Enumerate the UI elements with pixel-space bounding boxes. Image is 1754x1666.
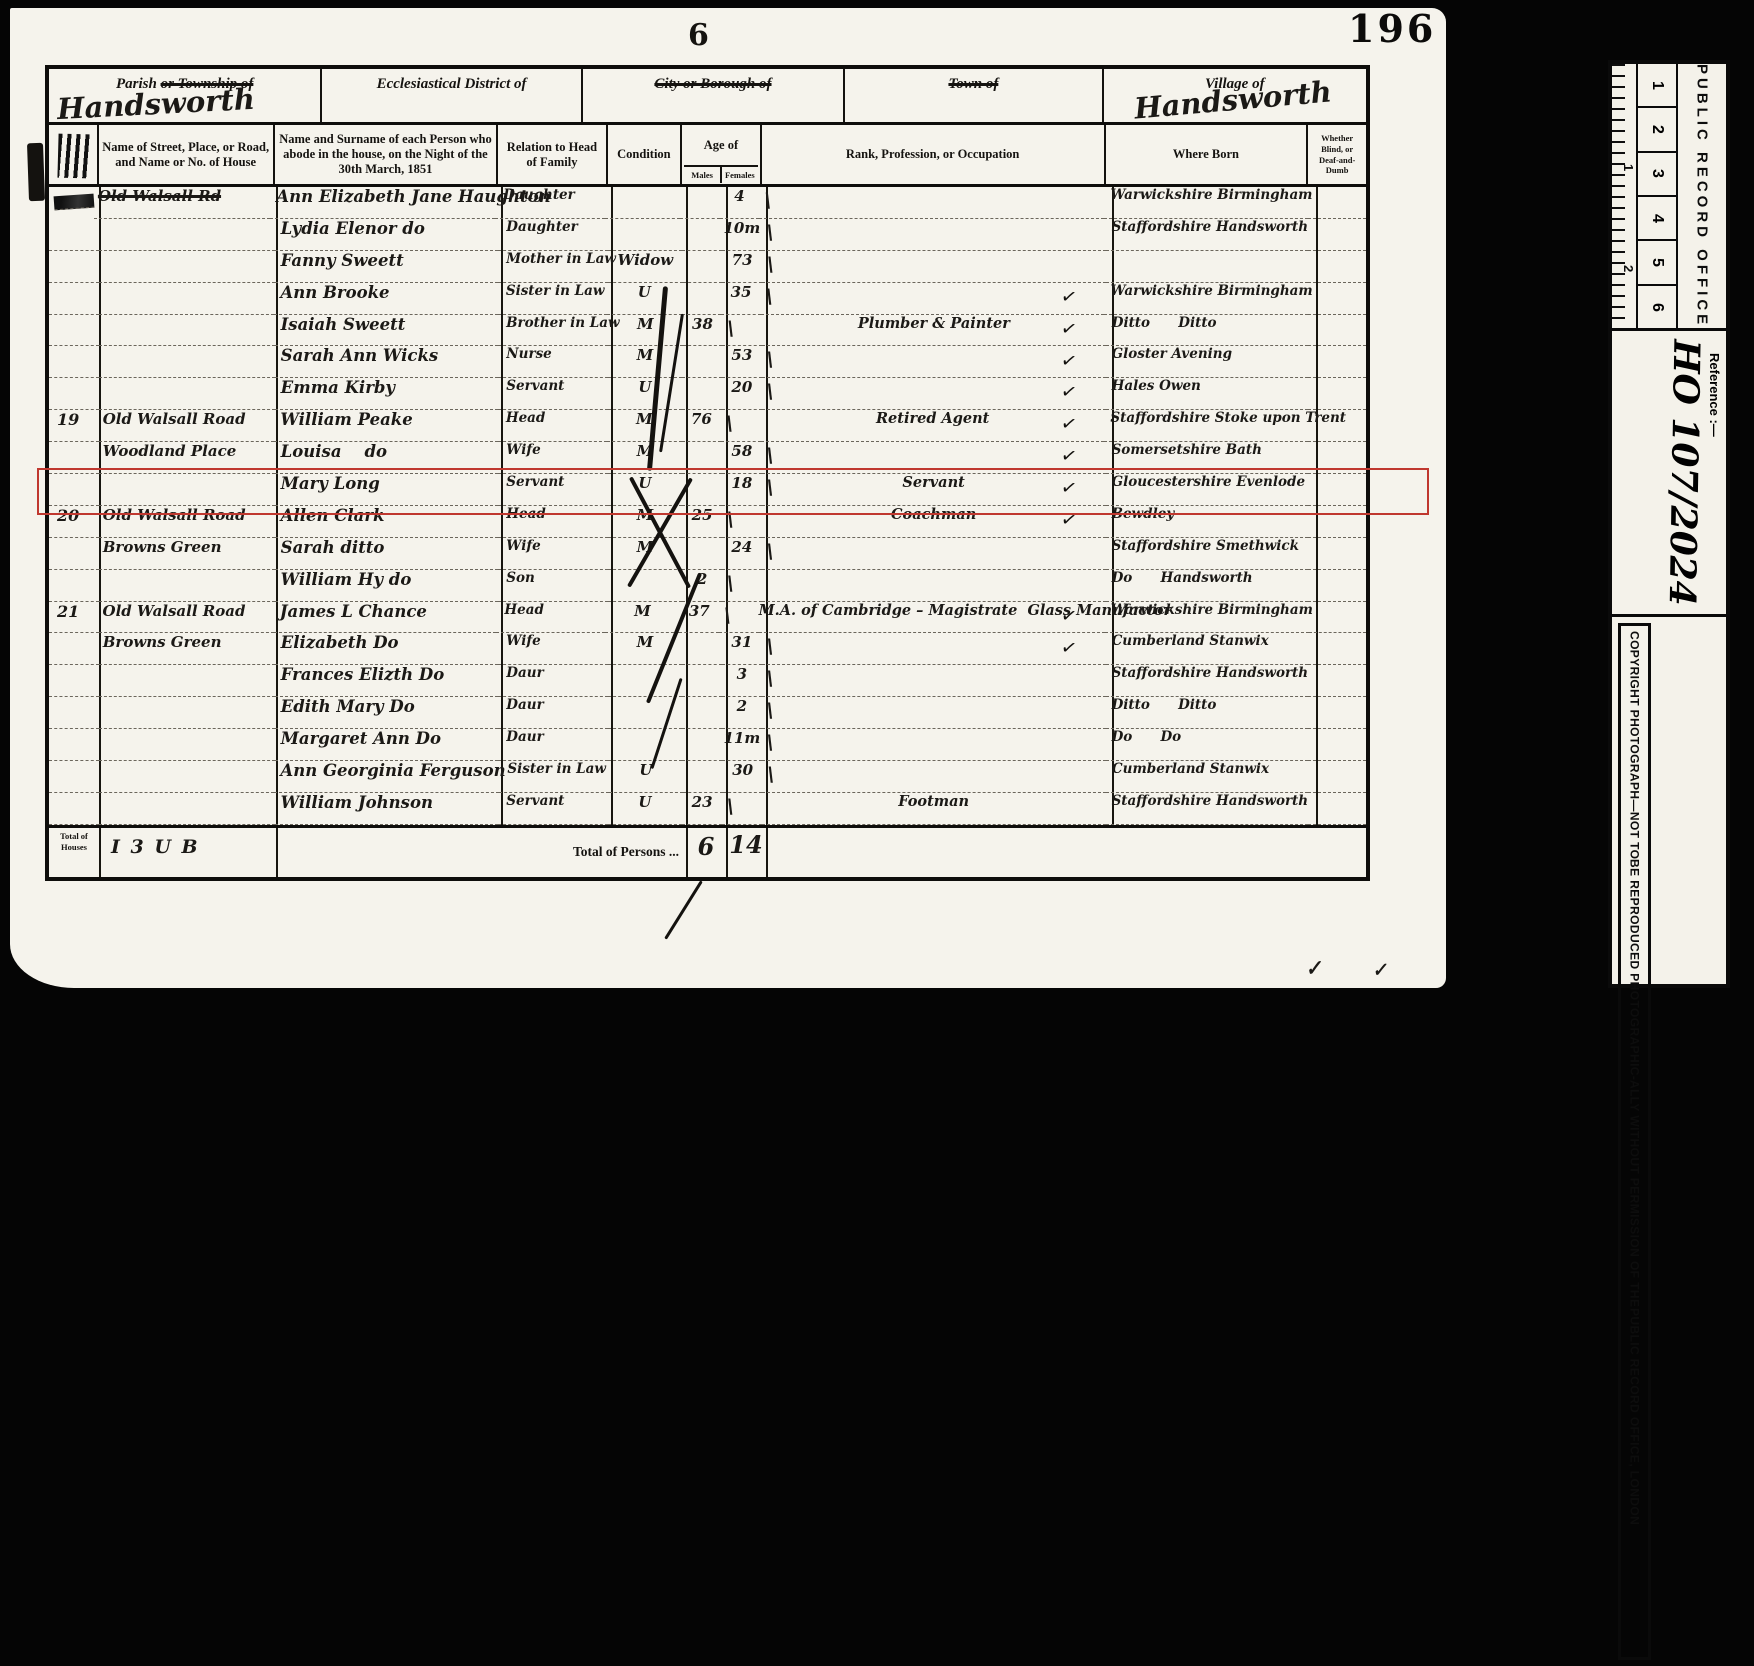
cell-sch: 19 [49,410,99,442]
town-label: Town of [948,76,998,92]
table-row: 21Old Walsall RoadJames L ChanceHeadM37M… [49,602,1366,634]
copyright-line: BE REPRODUCED PHOTOGRAPHIC- [1625,859,1644,1037]
cell-born: Staffordshire Handsworth [1106,219,1309,251]
cell-addr: Browns Green [99,633,275,665]
pen-checkmark: ✓ [1371,959,1388,981]
schedule-column-header [49,125,99,184]
copyright-box: COPYRIGHT PHOTOGRAPH—NOT TOBE REPRODUCED… [1618,623,1651,1037]
cell-rel: Sister in Law [499,761,608,793]
cell-addr [99,729,275,761]
cell-inf [1308,315,1366,347]
table-row: Old Walsall RdAnn Elizabeth Jane Haughto… [49,187,1366,219]
cell-rel: Son [498,570,607,602]
table-row: Ann BrookeSister in LawU35Warwickshire B… [49,283,1366,315]
ruler-section: 1 2 123456 PUBLIC RECORD OFFICE [1612,64,1726,331]
cell-occ [762,538,1106,570]
cell-addr [99,378,275,410]
cell-addr: Old Walsall Rd [94,187,270,219]
record-highlight-box [37,468,1429,515]
cell-born: Cumberland Stanwix [1106,633,1309,665]
cell-sch [49,793,99,825]
cell-inf [1308,570,1366,602]
table-row: Frances Elizth DoDaur3Staffordshire Hand… [49,665,1366,697]
frame-number: 5 [1638,241,1676,285]
cell-rel: Daughter [498,219,607,251]
cell-cond [608,570,683,602]
cell-agef: 2 [722,697,762,729]
total-persons-females: 14 [726,830,766,859]
cell-agem [682,665,722,697]
cell-born: Warwickshire Birmingham [1104,187,1308,219]
cell-rel: Head [498,410,607,442]
cell-agef: 4 [720,187,760,219]
column-rule [276,828,278,877]
cell-name: William Peake [274,410,497,442]
column-rule [766,828,768,877]
frame-number: 3 [1638,153,1676,197]
cell-agef: 3 [722,665,762,697]
cell-cond: Widow [608,251,683,283]
cell-cond: U [609,761,683,793]
cell-addr [99,793,275,825]
cell-sch [49,315,99,347]
name-column-header: Name and Surname of each Person who abod… [275,125,499,184]
pen-stroke [664,880,703,939]
cell-born: Ditto Ditto [1106,315,1309,347]
cell-sch [49,538,99,570]
frame-number: 6 [1638,286,1676,328]
cell-name: Isaiah Sweett [275,315,499,347]
cell-inf [1309,602,1366,634]
total-persons-males: 6 [686,832,726,861]
cell-agem [680,187,720,219]
ink-smudge [27,143,45,202]
relation-column-header: Relation to Head of Family [498,125,607,184]
frame-number-scale: 123456 [1638,64,1678,328]
copyright-line: COPYRIGHT PHOTOGRAPH—NOT TO [1625,631,1644,859]
public-record-office-label: PUBLIC RECORD OFFICE [1694,64,1711,328]
table-row: Ann Georginia FergusonSister in LawU30Cu… [49,761,1366,793]
cell-agem: 76 [682,410,722,442]
cell-agef: 73 [722,251,762,283]
table-row: William Hy doSon2Do Handsworth [49,570,1366,602]
census-scan-page: 6 196 Parish or Township of Handsworth E… [10,8,1446,988]
cell-born: Do Handsworth [1106,570,1309,602]
cell-inf [1308,697,1366,729]
total-houses-value: I 3 U B [111,836,200,858]
column-header-band: Name of Street, Place, or Road, and Name… [49,125,1366,187]
cell-rel: Wife [498,538,607,570]
cell-name: Ann Brooke [274,283,497,315]
parish-header-cell: Parish or Township of Handsworth [49,69,322,122]
cell-addr: Browns Green [99,538,275,570]
cell-occ [762,729,1106,761]
cell-addr [99,346,275,378]
reference-section: Reference :— HO 107/2024 [1612,331,1726,616]
cell-sch [49,729,99,761]
leaf-number: 6 [688,18,709,53]
ecclesiastical-label: Ecclesiastical District of [377,76,527,92]
cell-occ: M.A. of Cambridge – Magistrate Glass Man… [759,602,1105,634]
ecclesiastical-header-cell: Ecclesiastical District of [322,69,582,122]
ruler-inch-label: 1 [1621,164,1636,171]
copyright-section: COPYRIGHT PHOTOGRAPH—NOT TOBE REPRODUCED… [1612,617,1726,1037]
reference-value: HO 107/2024 [1614,338,1708,606]
cell-cond: M [607,410,681,442]
cell-name: Emma Kirby [275,378,499,410]
ruler-inch-label: 2 [1621,265,1636,272]
cell-sch [49,378,99,410]
whereborn-column-header: Where Born [1106,125,1309,184]
cell-rel: Sister in Law [498,283,607,315]
cell-inf [1308,187,1366,219]
age-label: Age of [684,126,758,165]
age-subheaders: Males Females [684,165,758,183]
city-header-cell: City or Borough of [583,69,845,122]
cell-sch [49,697,99,729]
table-row: Sarah Ann WicksNurseM53Gloster Avening [49,346,1366,378]
village-header-cell: Village of Handsworth [1104,69,1366,122]
cell-addr [99,315,275,347]
cell-inf [1308,538,1366,570]
cell-born: Staffordshire Handsworth [1106,665,1309,697]
cell-name: Ann Elizabeth Jane Haughton [270,187,495,219]
cell-addr [99,251,275,283]
condition-column-header: Condition [608,125,683,184]
village-value: Handsworth [1133,74,1333,125]
cell-agem [682,346,722,378]
cell-born: Ditto Ditto [1106,697,1309,729]
total-houses-label: Total of Houses [49,831,99,853]
cell-inf [1308,346,1366,378]
ink-smudge [57,134,89,179]
cell-sch [49,761,99,793]
cell-occ [762,633,1106,665]
cell-agem [682,729,722,761]
cell-inf [1308,283,1366,315]
cell-rel: Nurse [498,346,607,378]
total-persons-label: Total of Persons ... [469,844,679,860]
cell-cond: M [605,602,679,634]
age-females-label: Females [722,167,758,183]
cell-occ [759,187,1104,219]
cell-cond [608,219,683,251]
reference-label: Reference :— [1707,339,1722,605]
cell-addr [99,283,275,315]
cell-inf [1308,410,1366,442]
table-row: Edith Mary DoDaur2Ditto Ditto [49,697,1366,729]
table-row: Lydia Elenor doDaughter10mStaffordshire … [49,219,1366,251]
cell-sch [49,570,99,602]
cell-cond [608,729,683,761]
cell-sch [49,665,99,697]
cell-inf [1308,378,1366,410]
cell-addr [99,665,275,697]
cell-born: Staffordshire Smethwick [1106,538,1309,570]
cell-agem [682,633,722,665]
cell-sch [49,283,99,315]
pen-checkmark: ✓ [1303,955,1323,981]
cell-addr: Old Walsall Road [99,602,274,634]
cell-occ [762,219,1106,251]
cell-cond: U [607,283,681,315]
frame-number: 1 [1638,64,1676,108]
cell-addr [99,570,275,602]
ruler-ticks: 1 2 [1612,64,1638,328]
cell-name: Sarah Ann Wicks [275,346,499,378]
cell-name: Sarah ditto [275,538,499,570]
cell-name: William Hy do [275,570,499,602]
cell-inf [1308,665,1366,697]
frame-number: 4 [1638,197,1676,241]
table-row: Emma KirbyServantU20Hales Owen [49,378,1366,410]
cell-agem: 23 [682,793,722,825]
cell-rel: Mother in Law [498,251,608,283]
cell-born [1106,251,1309,283]
cell-name: Edith Mary Do [275,697,499,729]
cell-rel: Wife [498,633,607,665]
form-header-band: Parish or Township of Handsworth Ecclesi… [49,69,1366,125]
cell-occ: Plumber & Painter [762,315,1106,347]
cell-addr: Old Walsall Road [99,410,275,442]
cell-rel: Daur [498,697,607,729]
cell-occ [762,697,1106,729]
cell-born: Warwickshire Birmingham [1104,283,1308,315]
cell-agem [682,219,722,251]
cell-inf [1308,251,1366,283]
infirmity-column-header: Whether Blind, or Deaf-and-Dumb [1308,125,1366,184]
cell-sch [49,346,99,378]
cell-name: James L Chance [274,602,497,634]
cell-cond [608,665,683,697]
parish-value: Handsworth [56,82,255,126]
cell-agef [721,410,761,442]
cell-born: Gloster Avening [1106,346,1309,378]
cell-born: Staffordshire Handsworth [1106,793,1309,825]
cell-inf [1308,761,1366,793]
cell-addr [99,219,275,251]
cell-occ: Retired Agent [761,410,1104,442]
cell-cond: U [608,793,683,825]
cell-agem [683,761,723,793]
table-row: Browns GreenSarah dittoWifeM24Staffordsh… [49,538,1366,570]
town-header-cell: Town of [845,69,1103,122]
occupation-column-header: Rank, Profession, or Occupation [762,125,1106,184]
cell-sch [54,194,95,211]
cell-sch: 21 [49,602,99,634]
cell-rel: Daur [498,665,607,697]
cell-born: Staffordshire Stoke upon Trent [1104,410,1308,442]
cell-agem: 38 [683,315,723,347]
cell-born: Hales Owen [1106,378,1309,410]
cell-agef: 11m [722,729,762,761]
cell-agef [722,570,762,602]
age-males-label: Males [684,167,722,183]
cell-agef [719,602,759,634]
cell-rel: Servant [498,793,607,825]
cell-occ [762,761,1105,793]
table-row: William JohnsonServantU23FootmanStafford… [49,793,1366,825]
cell-name: Margaret Ann Do [275,729,499,761]
cell-occ: Footman [762,793,1106,825]
cell-agef: 31 [722,633,762,665]
cell-rel: Head [496,602,605,634]
cell-agef: 35 [721,283,761,315]
table-row: Fanny SweettMother in LawWidow73 [49,251,1366,283]
cell-agef: 24 [722,538,762,570]
cell-occ [762,570,1106,602]
cell-agef: 20 [722,378,762,410]
column-rule [99,828,101,877]
cell-name: Ann Georginia Ferguson [274,761,499,793]
cell-occ [761,283,1104,315]
cell-born: Cumberland Stanwix [1106,761,1309,793]
cell-rel: Brother in Law [498,315,608,347]
cell-sch [49,633,99,665]
office-column: PUBLIC RECORD OFFICE [1678,64,1726,328]
cell-name: Elizabeth Do [275,633,499,665]
cell-name: Lydia Elenor do [275,219,499,251]
cell-agem [682,283,722,315]
address-column-header: Name of Street, Place, or Road, and Name… [99,125,275,184]
cell-addr [99,697,275,729]
table-row: Isaiah SweettBrother in LawM38Plumber & … [49,315,1366,347]
pro-film-strip-label: 1 2 123456 PUBLIC RECORD OFFICE Referenc… [1608,60,1730,988]
cell-agem [682,538,722,570]
cell-rel: Daughter [495,187,605,219]
table-row: Margaret Ann DoDaur11mDo Do [49,729,1366,761]
cell-occ [762,378,1106,410]
folio-number: 196 [1348,6,1436,51]
cell-addr [99,761,275,793]
cell-born: Warwickshire Birmingham [1105,602,1309,634]
cell-inf [1308,633,1366,665]
cell-sch [49,251,99,283]
cell-occ [762,665,1106,697]
cell-agef: 53 [722,346,762,378]
table-row: 19Old Walsall RoadWilliam PeakeHeadM76Re… [49,410,1366,442]
cell-occ [762,251,1106,283]
cell-occ [762,346,1106,378]
cell-sch [49,219,99,251]
cell-inf [1308,219,1366,251]
city-label: City or Borough of [654,76,771,92]
cell-inf [1308,729,1366,761]
cell-rel: Daur [498,729,607,761]
cell-agem [682,378,722,410]
cell-name: Frances Elizth Do [275,665,499,697]
cell-name: Fanny Sweett [275,251,499,283]
frame-number: 2 [1638,108,1676,152]
cell-agef [722,315,762,347]
cell-agem [682,697,722,729]
cell-cond: M [608,315,683,347]
age-column-header: Age of Males Females [682,125,762,184]
cell-name: William Johnson [275,793,499,825]
cell-agef: 30 [723,761,763,793]
totals-band: Total of Houses I 3 U B Total of Persons… [49,825,1366,877]
cell-agem [683,251,723,283]
table-row: Browns GreenElizabeth DoWifeM31Cumberlan… [49,633,1366,665]
cell-agef [722,793,762,825]
cell-inf [1308,793,1366,825]
cell-cond [605,187,680,219]
cell-agef: 10m [722,219,762,251]
cell-born: Do Do [1106,729,1309,761]
cell-rel: Servant [498,378,607,410]
